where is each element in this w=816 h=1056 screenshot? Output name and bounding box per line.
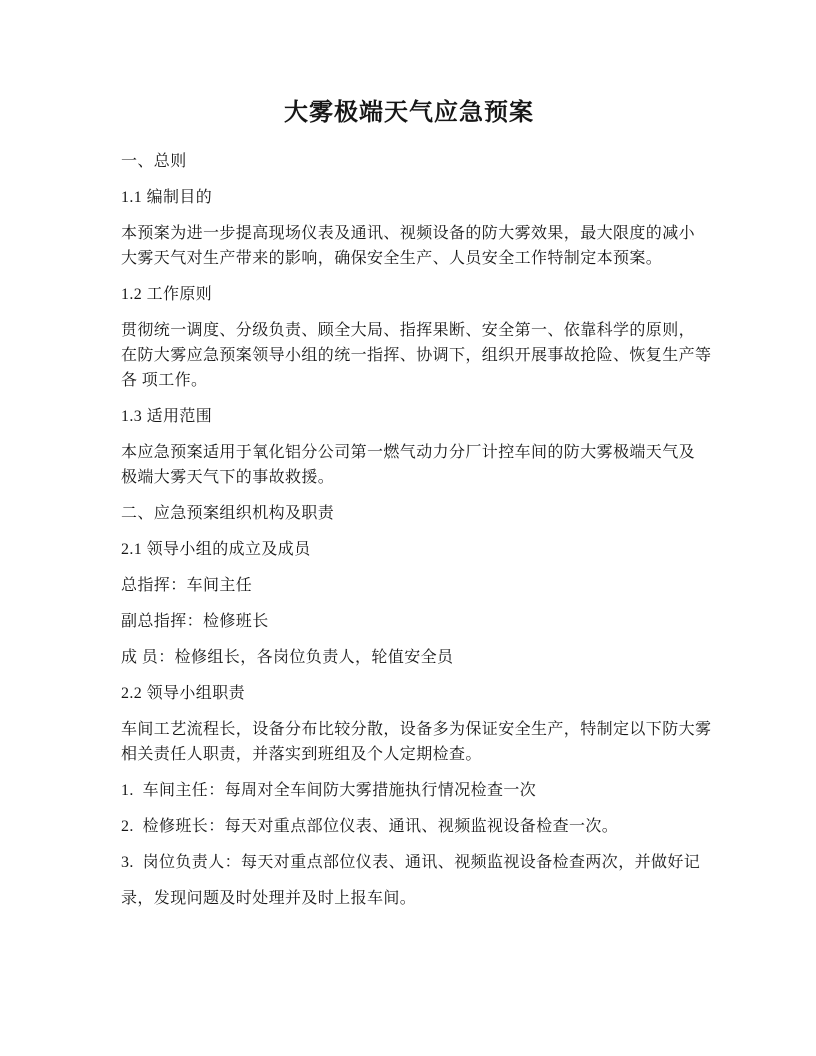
paragraph: 2. 检修班长：每天对重点部位仪表、通讯、视频监视设备检查一次。 bbox=[121, 814, 697, 839]
paragraph: 1.1 编制目的 bbox=[121, 185, 697, 210]
paragraph: 3. 岗位负责人：每天对重点部位仪表、通讯、视频监视设备检查两次，并做好记 bbox=[121, 850, 697, 875]
paragraph: 2.2 领导小组职责 bbox=[121, 681, 697, 706]
paragraph: 车间工艺流程长，设备分布比较分散，设备多为保证安全生产，特制定以下防大雾 相关责… bbox=[121, 717, 697, 767]
paragraph: 2.1 领导小组的成立及成员 bbox=[121, 537, 697, 562]
paragraph: 本预案为进一步提高现场仪表及通讯、视频设备的防大雾效果，最大限度的减小 大雾天气… bbox=[121, 221, 697, 271]
document-body: 一、总则1.1 编制目的本预案为进一步提高现场仪表及通讯、视频设备的防大雾效果，… bbox=[121, 149, 697, 911]
paragraph: 贯彻统一调度、分级负责、顾全大局、指挥果断、安全第一、依靠科学的原则， 在防大雾… bbox=[121, 318, 697, 393]
document-title: 大雾极端天气应急预案 bbox=[121, 96, 697, 130]
paragraph: 一、总则 bbox=[121, 149, 697, 174]
paragraph: 二、应急预案组织机构及职责 bbox=[121, 501, 697, 526]
paragraph: 1.3 适用范围 bbox=[121, 404, 697, 429]
paragraph: 1. 车间主任：每周对全车间防大雾措施执行情况检查一次 bbox=[121, 778, 697, 803]
paragraph: 本应急预案适用于氧化铝分公司第一燃气动力分厂计控车间的防大雾极端天气及 极端大雾… bbox=[121, 440, 697, 490]
paragraph: 1.2 工作原则 bbox=[121, 282, 697, 307]
paragraph: 总指挥：车间主任 bbox=[121, 573, 697, 598]
document-page: 大雾极端天气应急预案 一、总则1.1 编制目的本预案为进一步提高现场仪表及通讯、… bbox=[0, 0, 816, 1056]
paragraph: 成 员：检修组长，各岗位负责人，轮值安全员 bbox=[121, 645, 697, 670]
paragraph: 副总指挥：检修班长 bbox=[121, 609, 697, 634]
paragraph: 录，发现问题及时处理并及时上报车间。 bbox=[121, 886, 697, 911]
